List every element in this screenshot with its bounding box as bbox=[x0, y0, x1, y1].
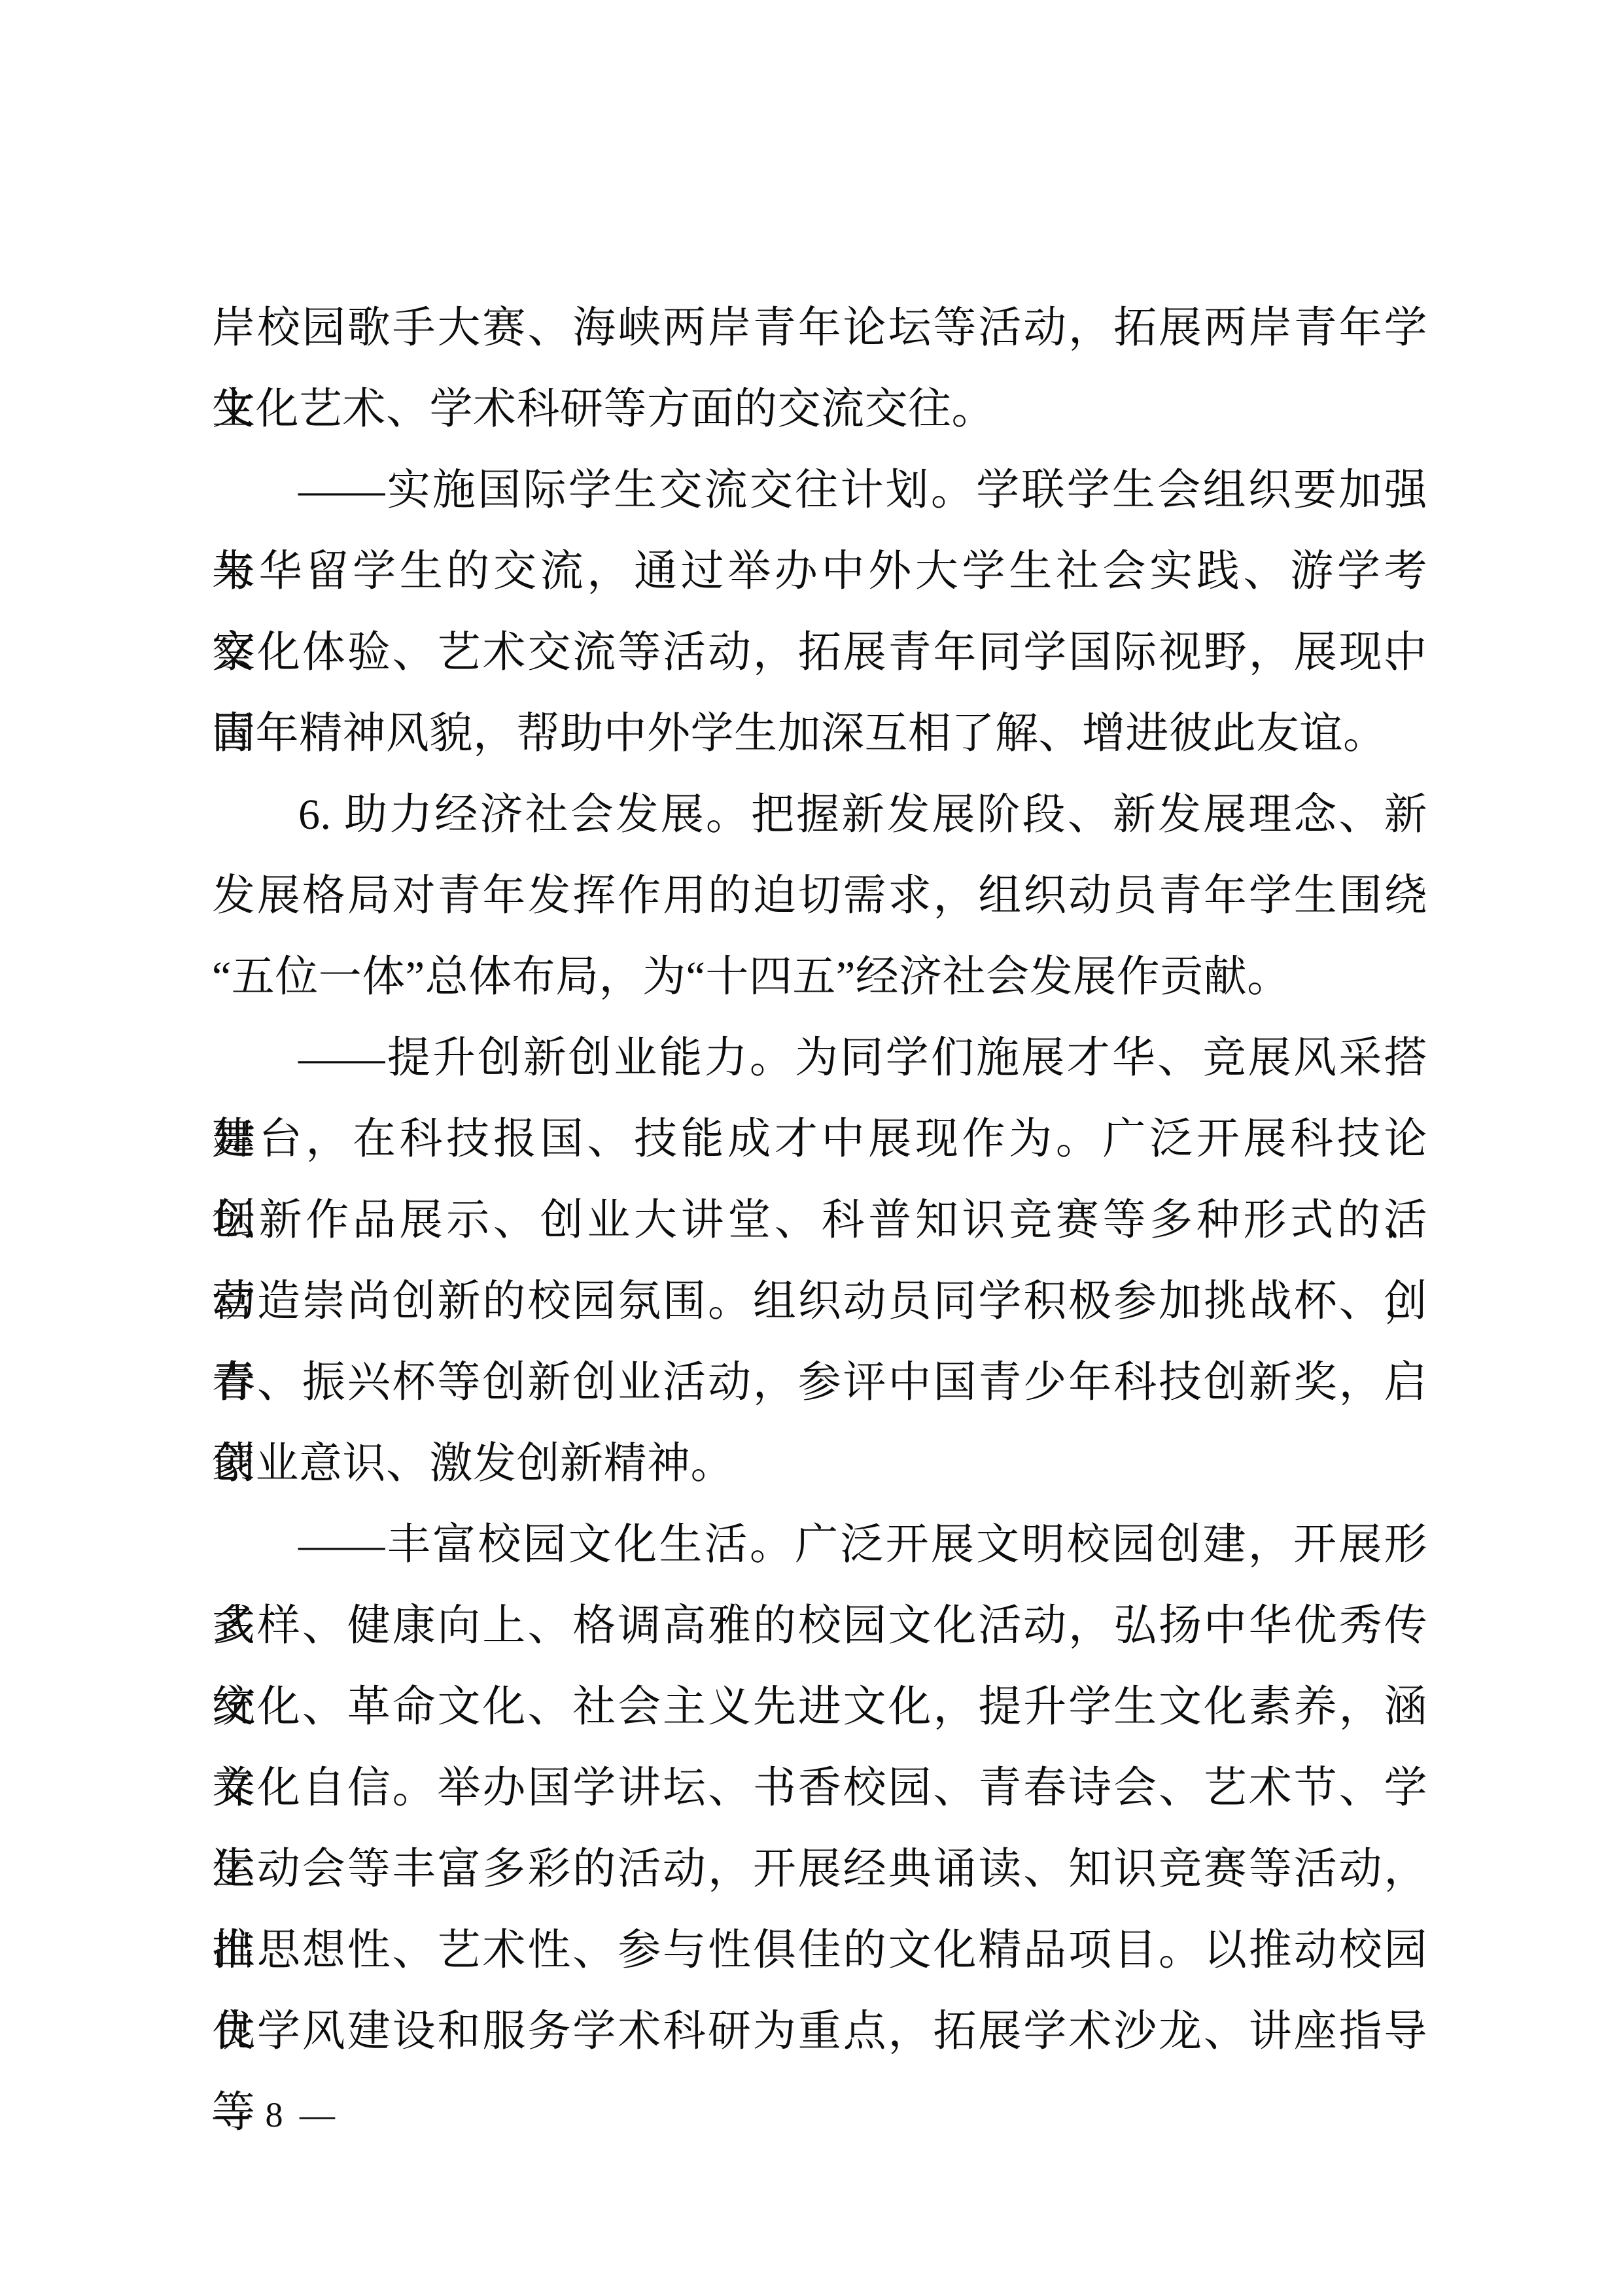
text-line: “五位一体”总体布局，为“十四五”经济社会发展作贡献。 bbox=[212, 937, 1427, 1018]
text-line: 多样、健康向上、格调高雅的校园文化活动，弘扬中华优秀传统 bbox=[212, 1586, 1427, 1667]
text-line: 运动会等丰富多彩的活动，开展经典诵读、知识竞赛等活动，推 bbox=[212, 1829, 1427, 1910]
text-line: ——丰富校园文化生活。广泛开展文明校园创建，开展形式 bbox=[212, 1505, 1427, 1586]
text-line: 创新作品展示、创业大讲堂、科普知识竞赛等多种形式的活动， bbox=[212, 1180, 1427, 1261]
text-line: 文化体验、艺术交流等活动，拓展青年同学国际视野，展现中国 bbox=[212, 612, 1427, 693]
text-line: 创业意识、激发创新精神。 bbox=[212, 1423, 1427, 1505]
document-body: 岸校园歌手大赛、海峡两岸青年论坛等活动，拓展两岸青年学生 文化艺术、学术科研等方… bbox=[212, 288, 1427, 2072]
text-line: 文化艺术、学术科研等方面的交流交往。 bbox=[212, 369, 1427, 450]
text-line: 营造崇尚创新的校园氛围。组织动员同学积极参加挑战杯、创青 bbox=[212, 1261, 1427, 1342]
text-line: ——提升创新创业能力。为同学们施展才华、竞展风采搭建 bbox=[212, 1018, 1427, 1099]
text-line: 文化自信。举办国学讲坛、书香校园、青春诗会、艺术节、学生 bbox=[212, 1748, 1427, 1829]
text-line: 春、振兴杯等创新创业活动，参评中国青少年科技创新奖，启蒙 bbox=[212, 1342, 1427, 1423]
text-line: 舞台，在科技报国、技能成才中展现作为。广泛开展科技论坛、 bbox=[212, 1099, 1427, 1180]
text-line: 良学风建设和服务学术科研为重点，拓展学术沙龙、讲座指导等 bbox=[212, 1991, 1427, 2072]
text-line: 来华留学生的交流，通过举办中外大学生社会实践、游学考察、 bbox=[212, 531, 1427, 612]
text-line: 发展格局对青年发挥作用的迫切需求，组织动员青年学生围绕 bbox=[212, 856, 1427, 937]
document-page: 岸校园歌手大赛、海峡两岸青年论坛等活动，拓展两岸青年学生 文化艺术、学术科研等方… bbox=[0, 0, 1623, 2296]
text-line: 文化、革命文化、社会主义先进文化，提升学生文化素养，涵养 bbox=[212, 1667, 1427, 1748]
page-number: — 8 — bbox=[213, 2092, 339, 2138]
text-line: 青年精神风貌，帮助中外学生加深互相了解、增进彼此友谊。 bbox=[212, 693, 1427, 774]
text-line: ——实施国际学生交流交往计划。学联学生会组织要加强与 bbox=[212, 450, 1427, 531]
text-line: 6. 助力经济社会发展。把握新发展阶段、新发展理念、新 bbox=[212, 774, 1427, 856]
text-line: 岸校园歌手大赛、海峡两岸青年论坛等活动，拓展两岸青年学生 bbox=[212, 288, 1427, 369]
text-line: 出思想性、艺术性、参与性俱佳的文化精品项目。以推动校园优 bbox=[212, 1910, 1427, 1991]
